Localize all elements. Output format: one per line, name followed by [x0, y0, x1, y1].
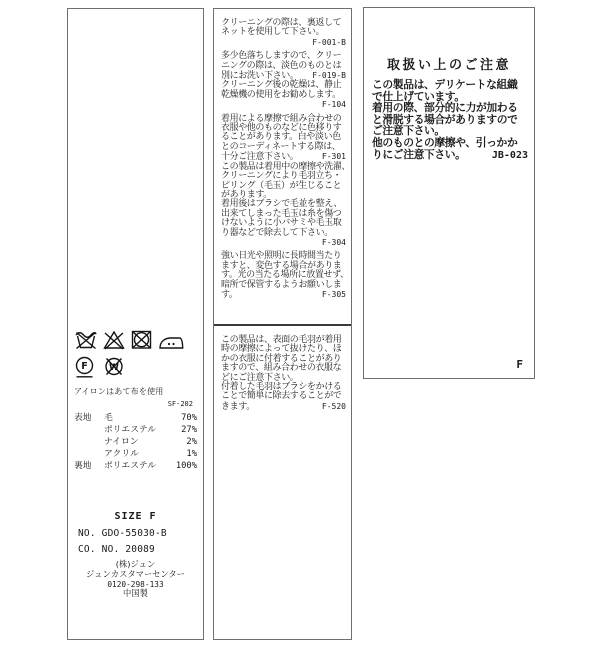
care-symbols-row-1	[74, 329, 197, 350]
comp-fiber: 毛	[104, 412, 163, 424]
comp-part	[74, 436, 104, 448]
text-line: 乾燥機の使用をお勧めします。	[221, 91, 346, 100]
comp-pct: 100%	[163, 460, 197, 472]
text-line: F-304	[221, 238, 346, 247]
dry-clean-F-gentle-icon: F	[74, 356, 95, 378]
do-not-wet-clean-icon: W	[103, 356, 125, 378]
composition-row: ポリエステル27%	[74, 424, 197, 436]
text-line: 暗所で保管するようお願いしま	[221, 281, 346, 290]
text-line: F-104	[221, 100, 346, 109]
corner-letter: F	[516, 358, 523, 371]
comp-part: 表地	[74, 412, 104, 424]
text-line: す。F-305	[221, 290, 346, 300]
care-symbols-row-2: F W	[74, 356, 197, 378]
size-block: SIZE F NO. GDO-55030-B CO. NO. 20089	[78, 511, 193, 555]
lot-code: SF-202	[74, 400, 197, 408]
reference-code: F-305	[322, 290, 346, 299]
svg-text:F: F	[81, 361, 88, 372]
care-labels-sheet: F W アイロンはあて布を使用 SF-202 表地毛70%ポリエステル27%ナイ…	[0, 0, 600, 650]
notice-text: この製品は、デリケートな組織で仕上げています。着用の際、部分的に力が加わると滑脱…	[372, 79, 528, 161]
composition-row: 表地毛70%	[74, 412, 197, 424]
iron-note: アイロンはあて布を使用	[74, 386, 197, 397]
size-value: SIZE F	[78, 511, 193, 522]
comp-fiber: アクリル	[104, 448, 163, 460]
comp-part: 裏地	[74, 460, 104, 472]
product-number: NO. GDO-55030-B	[78, 528, 193, 539]
reference-code: F-304	[322, 238, 346, 247]
comp-pct: 1%	[163, 448, 197, 460]
text-line: ことで簡単に除去することがで	[221, 392, 346, 401]
comp-fiber: ポリエステル	[104, 460, 163, 472]
handling-notice-label: 取扱い上のご注意 この製品は、デリケートな組織で仕上げています。着用の際、部分的…	[363, 7, 535, 379]
country-of-origin: 中国製	[68, 589, 203, 599]
care-text-bottom: この製品は、表面の毛羽が着用時の摩擦によって抜けたり、ほかの衣服に付着することが…	[221, 336, 346, 412]
text-line: F-001-B	[221, 38, 346, 47]
text-line: この製品は、デリケートな組織	[372, 79, 528, 91]
care-symbols-block: F W アイロンはあて布を使用 SF-202 表地毛70%ポリエステル27%ナイ…	[74, 329, 197, 472]
reference-code: F-001-B	[312, 38, 346, 47]
iron-two-dots-icon	[158, 333, 185, 350]
svg-text:W: W	[109, 363, 119, 373]
composition-row: 裏地ポリエステル100%	[74, 460, 197, 472]
company-number: CO. NO. 20089	[78, 544, 193, 555]
text-line: きます。F-520	[221, 402, 346, 412]
care-text-top: クリーニングの際は、裏返してネットを使用して下さい。F-001-B多少色落ちしま…	[221, 19, 346, 300]
text-line: り器などで除去して下さい。	[221, 229, 346, 238]
reference-code: F-520	[322, 402, 346, 411]
section-divider	[214, 324, 351, 326]
reference-code: F-104	[322, 100, 346, 109]
text-line: 他のものとの摩擦や、引っかか	[372, 137, 528, 149]
composition-table: 表地毛70%ポリエステル27%ナイロン2%アクリル1%裏地ポリエステル100%	[74, 412, 197, 472]
care-instructions-label: クリーニングの際は、裏返してネットを使用して下さい。F-001-B多少色落ちしま…	[213, 8, 352, 640]
comp-fiber: ナイロン	[104, 436, 163, 448]
composition-label: F W アイロンはあて布を使用 SF-202 表地毛70%ポリエステル27%ナイ…	[67, 8, 204, 640]
composition-row: アクリル1%	[74, 448, 197, 460]
comp-fiber: ポリエステル	[104, 424, 163, 436]
comp-pct: 2%	[163, 436, 197, 448]
text-line: ネットを使用して下さい。	[221, 28, 346, 37]
text-line: ニングの際は、淡色のものとは	[221, 62, 346, 71]
comp-pct: 70%	[163, 412, 197, 424]
reference-code: F-301	[322, 152, 346, 161]
do-not-tumble-dry-icon	[130, 329, 153, 350]
company-block: (株)ジュン ジュンカスタマーセンター 0120-298-133 中国製	[68, 560, 203, 599]
text-line: りにご注意下さい。JB-023	[372, 149, 528, 162]
customer-center: ジュンカスタマーセンター	[68, 570, 203, 580]
do-not-bleach-icon	[103, 329, 125, 350]
composition-row: ナイロン2%	[74, 436, 197, 448]
text-line: とのコーディネートする際は、	[221, 143, 346, 152]
reference-code: JB-023	[492, 150, 528, 162]
notice-title: 取扱い上のご注意	[364, 54, 534, 73]
comp-pct: 27%	[163, 424, 197, 436]
comp-part	[74, 448, 104, 460]
comp-part	[74, 424, 104, 436]
do-not-wash-icon	[74, 329, 98, 350]
